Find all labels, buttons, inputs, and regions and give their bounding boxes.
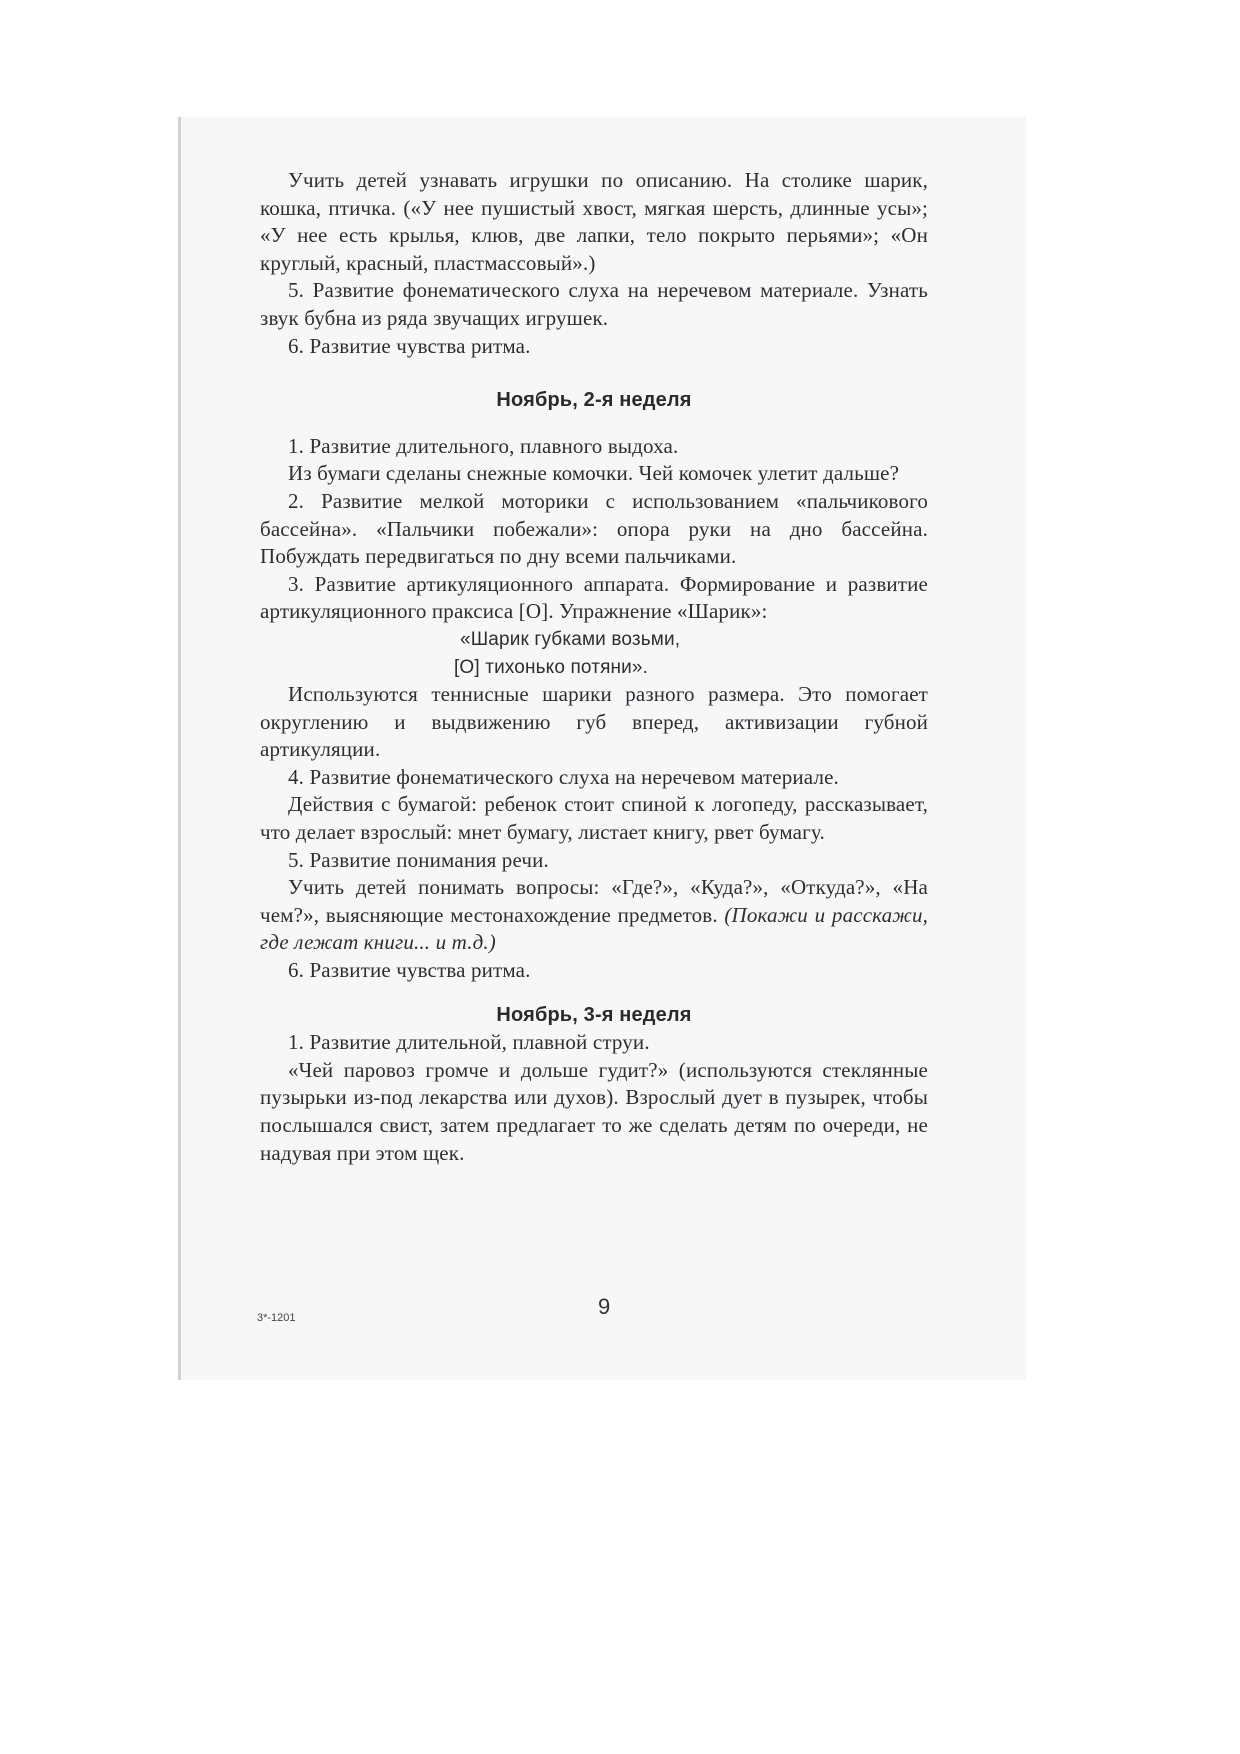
paragraph-w2-item-4: 4. Развитие фонематического слуха на нер… <box>260 764 928 792</box>
paragraph-w2-snowballs: Из бумаги сделаны снежные комочки. Чей к… <box>260 460 928 488</box>
paragraph-item-6-rhythm: 6. Развитие чувства ритма. <box>260 333 928 361</box>
section-heading-week-2: Ноябрь, 2-я неделя <box>260 387 928 415</box>
paragraph-item-5-phonemic: 5. Развитие фонематического слуха на нер… <box>260 277 928 332</box>
paragraph-w2-questions: Учить детей понимать вопросы: «Где?», «К… <box>260 874 928 957</box>
signature-code: 3*-1201 <box>257 1312 296 1324</box>
paragraph-w2-tennis-balls: Используются теннисные шарики разного ра… <box>260 681 928 764</box>
paragraph-w2-item-2: 2. Развитие мелкой моторики с использова… <box>260 488 928 571</box>
book-page: Учить детей узнавать игрушки по описанию… <box>178 117 1026 1380</box>
page-body: Учить детей узнавать игрушки по описанию… <box>260 167 928 1167</box>
paragraph-w3-train: «Чей паровоз громче и дольше гудит?» (ис… <box>260 1057 928 1167</box>
paragraph-w2-paper-actions: Действия с бумагой: ребенок стоит спиной… <box>260 791 928 846</box>
verse-block: «Шарик губками возьми, [О] тихонько потя… <box>260 626 928 681</box>
section-heading-week-3: Ноябрь, 3-я неделя <box>260 1002 928 1030</box>
paragraph-w2-item-1: 1. Развитие длительного, плавного выдоха… <box>260 433 928 461</box>
verse-line-1: «Шарик губками возьми, <box>260 626 928 654</box>
paragraph-w2-item-5: 5. Развитие понимания речи. <box>260 847 928 875</box>
paragraph-w3-item-1: 1. Развитие длительной, плавной струи. <box>260 1029 928 1057</box>
paragraph-w2-item-6: 6. Развитие чувства ритма. <box>260 957 928 985</box>
paragraph-toy-description: Учить детей узнавать игрушки по описанию… <box>260 167 928 277</box>
paragraph-w2-item-3: 3. Развитие артикуляционного аппарата. Ф… <box>260 571 928 626</box>
verse-line-2: [О] тихонько потяни». <box>260 654 928 682</box>
page-number: 9 <box>598 1294 610 1320</box>
